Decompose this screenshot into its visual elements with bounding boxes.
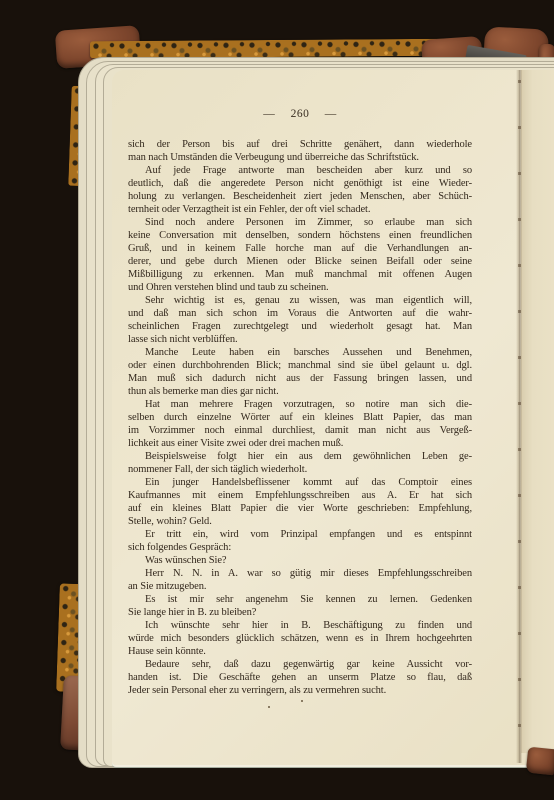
text-line: und Ohren verstehen blind und taub zu sc… xyxy=(128,281,472,294)
text-line: Herr N. N. in A. war so gütig mir dieses… xyxy=(128,567,472,580)
text-line: Jeder sein Personal eher zu verringern, … xyxy=(128,684,472,697)
text-line: holung zu verlangen. Bescheidenheit zier… xyxy=(128,190,472,203)
text-line: ternheit oder Verzagtheit ist ein Fehler… xyxy=(128,203,472,216)
text-line: Was wünschen Sie? xyxy=(128,554,472,567)
text-line: an Sie mitzugeben. xyxy=(128,580,472,593)
text-line: Manche Leute haben ein barsches Aussehen… xyxy=(128,346,472,359)
text-line: derer, und gebe durch Mienen oder Blicke… xyxy=(128,255,472,268)
text-line: Sehr wichtig ist es, genau zu wissen, wa… xyxy=(128,294,472,307)
text-line: Man muß sich dadurch nicht aus der Fassu… xyxy=(128,372,472,385)
text-line: scheinlichen Fragen zurechtgelegt und wi… xyxy=(128,320,472,333)
text-line: selben durch einzelne Wörter auf ein kle… xyxy=(128,411,472,424)
text-line: oder einen durchbohrenden Blick; manchma… xyxy=(128,359,472,372)
text-line: Bedaure sehr, daß dazu gegenwärtig gar k… xyxy=(128,658,472,671)
text-line: Stelle, wohin? Geld. xyxy=(128,515,472,528)
book-photo: — 260 — sich der Person bis auf drei Sch… xyxy=(0,0,554,800)
leather-corner-bottom-right xyxy=(526,747,554,776)
text-line: nommener Fall, der sich täglich wiederho… xyxy=(128,463,472,476)
text-line: würde mich besonders glücklich schätzen,… xyxy=(128,632,472,645)
text-line: im Vorzimmer noch einmal durchliest, dam… xyxy=(128,424,472,437)
text-lines: sich der Person bis auf drei Schritte ge… xyxy=(128,138,472,697)
text-line: lasse sich nicht verblüffen. xyxy=(128,333,472,346)
text-line: deutlich, daß die angeredete Person nich… xyxy=(128,177,472,190)
text-line: lichkeit aus einer Visite zwei oder drei… xyxy=(128,437,472,450)
paper-speck xyxy=(301,700,303,702)
text-line: Auf jede Frage antworte man bescheiden a… xyxy=(128,164,472,177)
text-line: man nach Umständen die Verbeugung und üb… xyxy=(128,151,472,164)
page-number: — 260 — xyxy=(128,108,472,121)
text-line: handen ist. Die Geschäfte gehen an unser… xyxy=(128,671,472,684)
text-line: sich folgendes Gespräch: xyxy=(128,541,472,554)
marbled-edge-top xyxy=(90,39,446,58)
text-line: Sie lange hier in B. zu bleiben? xyxy=(128,606,472,619)
text-line: Kaufmannes mit einem Empfehlungsschreibe… xyxy=(128,489,472,502)
paper-speck xyxy=(268,706,270,708)
text-line: Hause sein könnte. xyxy=(128,645,472,658)
text-line: Er tritt ein, wird vom Prinzipal empfang… xyxy=(128,528,472,541)
text-block: — 260 — sich der Person bis auf drei Sch… xyxy=(128,108,472,697)
text-line: thun als bemerke man dies gar nicht. xyxy=(128,385,472,398)
text-line: keine Conversation mit denselben, sonder… xyxy=(128,229,472,242)
gutter-paper-chips xyxy=(518,80,521,740)
text-line: Hat man mehrere Fragen vorzutragen, so n… xyxy=(128,398,472,411)
text-line: Mißbilligung zu erkennen. Man muß manchm… xyxy=(128,268,472,281)
facing-page-sliver xyxy=(521,70,554,753)
text-line: Ich wünschte sehr hier in B. Beschäftigu… xyxy=(128,619,472,632)
text-line: Sind noch andere Personen im Zimmer, so … xyxy=(128,216,472,229)
text-line: Es ist mir sehr angenehm Sie kennen zu l… xyxy=(128,593,472,606)
text-line: Ein junger Handelsbeflissener kommt auf … xyxy=(128,476,472,489)
text-line: und daß man sich schon im Voraus die Ant… xyxy=(128,307,472,320)
text-line: auf ein kleines Blatt Papier die vier Wo… xyxy=(128,502,472,515)
text-line: Gruß, und in keinem Falle horche man auf… xyxy=(128,242,472,255)
text-line: sich der Person bis auf drei Schritte ge… xyxy=(128,138,472,151)
text-line: Beispielsweise folgt hier ein aus dem ge… xyxy=(128,450,472,463)
